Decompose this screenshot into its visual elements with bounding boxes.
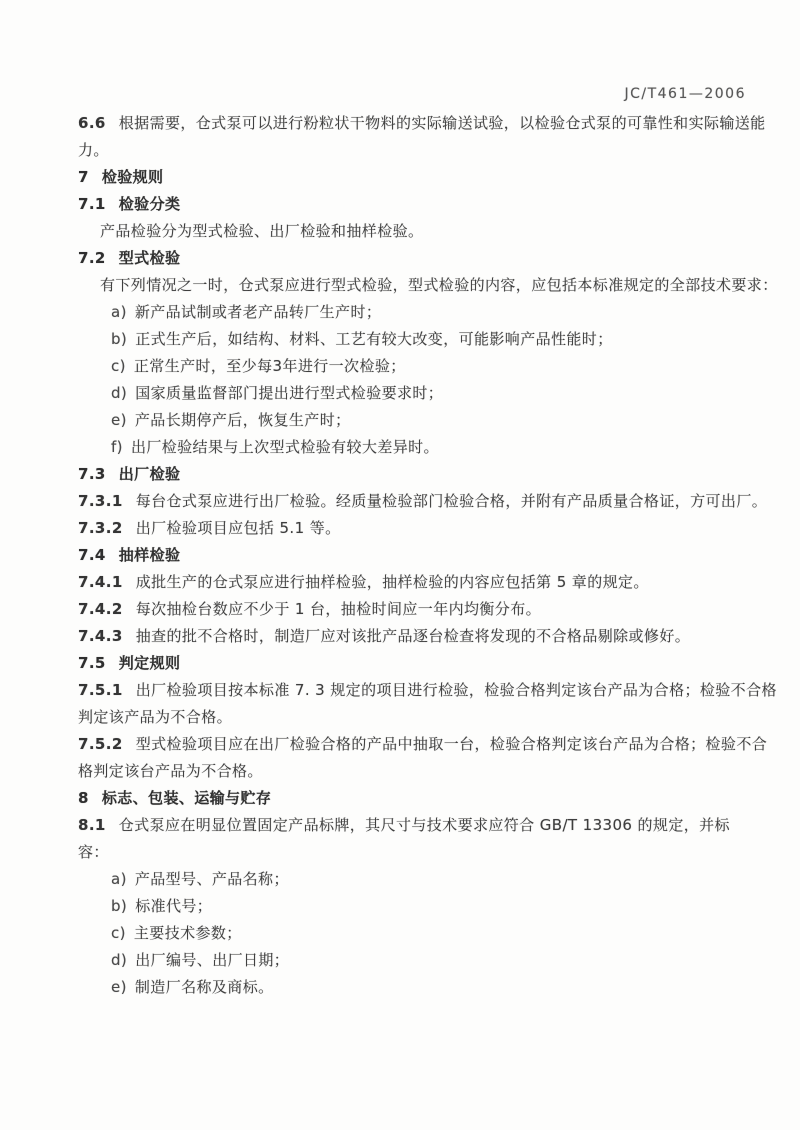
document-page: JC/T461—2006 6.6根据需要，仓式泵可以进行粉粒状干物料的实际输送试… <box>0 0 800 1130</box>
clause-text: 容： <box>78 843 109 861</box>
list-marker: d) <box>111 384 127 402</box>
list-text: 产品长期停产后，恢复生产时； <box>135 411 351 429</box>
list-item-c: c)主要技术参数； <box>78 920 746 947</box>
clause-7-4-1: 7.4.1成批生产的仓式泵应进行抽样检验，抽样检验的内容应包括第 5 章的规定。 <box>78 569 746 596</box>
list-marker: b) <box>111 330 127 348</box>
clause-heading-7-3: 7.3出厂检验 <box>78 461 746 488</box>
list-text: 出厂编号、出厂日期； <box>135 951 289 969</box>
clause-number: 8.1 <box>78 816 106 834</box>
list-text: 标准代号； <box>135 897 212 915</box>
clause-7-5-1-continuation: 判定该产品为不合格。 <box>78 704 746 731</box>
section-title: 标志、包装、运输与贮存 <box>102 789 271 807</box>
list-text: 主要技术参数； <box>134 924 242 942</box>
section-heading-7: 7检验规则 <box>78 164 746 191</box>
clause-number: 7.4 <box>78 546 106 564</box>
clause-7-5-1: 7.5.1出厂检验项目按本标准 7. 3 规定的项目进行检验，检验合格判定该台产… <box>78 677 746 704</box>
clause-heading-7-2: 7.2型式检验 <box>78 245 746 272</box>
clause-title: 型式检验 <box>119 249 181 267</box>
list-item-b: b)正式生产后，如结构、材料、工艺有较大改变，可能影响产品性能时； <box>78 326 746 353</box>
clause-title: 检验分类 <box>119 195 181 213</box>
list-item-a: a)新产品试制或者老产品转厂生产时； <box>78 299 746 326</box>
list-marker: c) <box>111 357 126 375</box>
clause-text: 每台仓式泵应进行出厂检验。经质量检验部门检验合格，并附有产品质量合格证，方可出厂… <box>136 492 767 510</box>
list-marker: e) <box>111 978 127 996</box>
clause-number: 7.3 <box>78 465 106 483</box>
clause-number: 6.6 <box>78 114 106 132</box>
clause-number: 7.3.2 <box>78 519 123 537</box>
clause-7-4-3: 7.4.3抽查的批不合格时，制造厂应对该批产品逐台检查将发现的不合格品剔除或修好… <box>78 623 746 650</box>
list-item-b: b)标准代号； <box>78 893 746 920</box>
clause-heading-7-4: 7.4抽样检验 <box>78 542 746 569</box>
clause-title: 判定规则 <box>119 654 181 672</box>
section-heading-8: 8标志、包装、运输与贮存 <box>78 785 746 812</box>
list-text: 制造厂名称及商标。 <box>135 978 274 996</box>
list-item-d: d)国家质量监督部门提出进行型式检验要求时； <box>78 380 746 407</box>
clause-text: 每次抽检台数应不少于 1 台，抽检时间应一年内均衡分布。 <box>136 600 541 618</box>
list-text: 出厂检验结果与上次型式检验有较大差异时。 <box>131 438 439 456</box>
clause-text: 力。 <box>78 141 109 159</box>
clause-7-3-2: 7.3.2出厂检验项目应包括 5.1 等。 <box>78 515 746 542</box>
clause-number: 7.4.3 <box>78 627 123 645</box>
clause-text: 格判定该台产品为不合格。 <box>78 762 263 780</box>
list-item-e: e)制造厂名称及商标。 <box>78 974 746 1001</box>
clause-number: 7.2 <box>78 249 106 267</box>
clause-number: 7.4.2 <box>78 600 123 618</box>
clause-text: 出厂检验项目应包括 5.1 等。 <box>136 519 341 537</box>
clause-text: 型式检验项目应在出厂检验合格的产品中抽取一台，检验合格判定该台产品为合格；检验不… <box>136 735 767 753</box>
paragraph-7-1: 产品检验分为型式检验、出厂检验和抽样检验。 <box>78 218 746 245</box>
clause-title: 出厂检验 <box>119 465 181 483</box>
clause-8-1: 8.1仓式泵应在明显位置固定产品标牌，其尺寸与技术要求应符合 GB/T 1330… <box>78 812 746 839</box>
section-title: 检验规则 <box>102 168 164 186</box>
clause-heading-7-1: 7.1检验分类 <box>78 191 746 218</box>
list-marker: b) <box>111 897 127 915</box>
list-text: 产品型号、产品名称； <box>135 870 289 888</box>
clause-7-5-2-continuation: 格判定该台产品为不合格。 <box>78 758 746 785</box>
clause-number: 7.5 <box>78 654 106 672</box>
clause-heading-7-5: 7.5判定规则 <box>78 650 746 677</box>
clause-text: 抽查的批不合格时，制造厂应对该批产品逐台检查将发现的不合格品剔除或修好。 <box>136 627 690 645</box>
list-marker: a) <box>111 303 127 321</box>
clause-number: 7.5.1 <box>78 681 123 699</box>
clause-6-6-continuation: 力。 <box>78 137 746 164</box>
clause-text: 根据需要，仓式泵可以进行粉粒状干物料的实际输送试验，以检验仓式泵的可靠性和实际输… <box>119 114 766 132</box>
clause-text: 成批生产的仓式泵应进行抽样检验，抽样检验的内容应包括第 5 章的规定。 <box>136 573 649 591</box>
list-item-e: e)产品长期停产后，恢复生产时； <box>78 407 746 434</box>
clause-title: 抽样检验 <box>119 546 181 564</box>
list-marker: c) <box>111 924 126 942</box>
list-item-f: f)出厂检验结果与上次型式检验有较大差异时。 <box>78 434 746 461</box>
clause-text: 出厂检验项目按本标准 7. 3 规定的项目进行检验，检验合格判定该台产品为合格；… <box>136 681 777 699</box>
clause-6-6: 6.6根据需要，仓式泵可以进行粉粒状干物料的实际输送试验，以检验仓式泵的可靠性和… <box>78 110 746 137</box>
list-marker: e) <box>111 411 127 429</box>
list-marker: a) <box>111 870 127 888</box>
clause-7-5-2: 7.5.2型式检验项目应在出厂检验合格的产品中抽取一台，检验合格判定该台产品为合… <box>78 731 746 758</box>
paragraph-text: 产品检验分为型式检验、出厂检验和抽样检验。 <box>100 222 423 240</box>
clause-7-4-2: 7.4.2每次抽检台数应不少于 1 台，抽检时间应一年内均衡分布。 <box>78 596 746 623</box>
clause-number: 7.1 <box>78 195 106 213</box>
paragraph-text: 有下列情况之一时，仓式泵应进行型式检验，型式检验的内容，应包括本标准规定的全部技… <box>100 276 778 294</box>
section-number: 7 <box>78 168 89 186</box>
list-marker: d) <box>111 951 127 969</box>
clause-number: 7.5.2 <box>78 735 123 753</box>
standard-number: JC/T461—2006 <box>78 84 746 104</box>
list-item-c: c)正常生产时，至少每3年进行一次检验； <box>78 353 746 380</box>
list-item-a: a)产品型号、产品名称； <box>78 866 746 893</box>
list-item-d: d)出厂编号、出厂日期； <box>78 947 746 974</box>
clause-7-3-1: 7.3.1每台仓式泵应进行出厂检验。经质量检验部门检验合格，并附有产品质量合格证… <box>78 488 746 515</box>
clause-text: 仓式泵应在明显位置固定产品标牌，其尺寸与技术要求应符合 GB/T 13306 的… <box>119 816 730 834</box>
section-number: 8 <box>78 789 89 807</box>
list-text: 正常生产时，至少每3年进行一次检验； <box>134 357 406 375</box>
clause-number: 7.3.1 <box>78 492 123 510</box>
list-text: 新产品试制或者老产品转厂生产时； <box>135 303 381 321</box>
clause-8-1-continuation: 容： <box>78 839 746 866</box>
clause-number: 7.4.1 <box>78 573 123 591</box>
list-text: 正式生产后，如结构、材料、工艺有较大改变，可能影响产品性能时； <box>135 330 612 348</box>
list-text: 国家质量监督部门提出进行型式检验要求时； <box>135 384 443 402</box>
list-marker: f) <box>111 438 123 456</box>
clause-text: 判定该产品为不合格。 <box>78 708 232 726</box>
paragraph-7-2: 有下列情况之一时，仓式泵应进行型式检验，型式检验的内容，应包括本标准规定的全部技… <box>78 272 746 299</box>
